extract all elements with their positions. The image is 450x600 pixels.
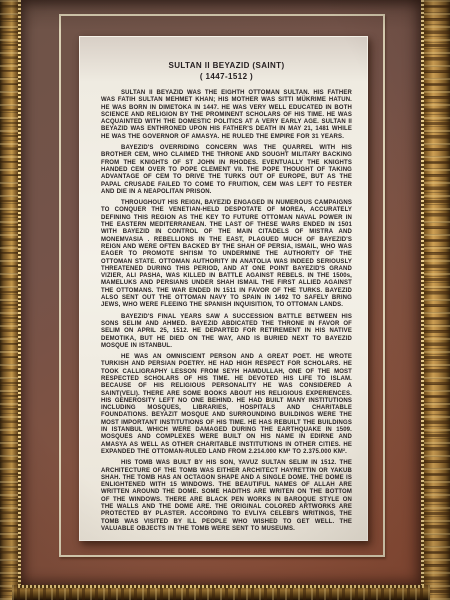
mat-board: SULTAN II BEYAZID (SAINT) ( 1447-1512 ) … bbox=[21, 0, 421, 585]
plaque-paragraph: SULTAN II BEYAZID WAS THE EIGHTH OTTOMAN… bbox=[101, 90, 352, 141]
plaque-paragraph: BAYEZID'S OVERRIDING CONCERN WAS THE QUA… bbox=[101, 145, 352, 196]
plaque-paragraph: THROUGHOUT HIS REIGN, BAYEZID ENGAGED IN… bbox=[101, 200, 352, 309]
plaque-paragraph: HE WAS AN OMNISCIENT PERSON AND A GREAT … bbox=[101, 354, 352, 456]
plaque-paper: SULTAN II BEYAZID (SAINT) ( 1447-1512 ) … bbox=[79, 36, 368, 541]
frame-bead-bottom bbox=[18, 585, 424, 588]
plaque-subtitle: ( 1447-1512 ) bbox=[101, 72, 352, 81]
plaque-paragraph: BAYEZID'S FINAL YEARS SAW A SUCCESSION B… bbox=[101, 314, 352, 350]
frame-bead-right bbox=[421, 0, 424, 587]
picture-frame-right bbox=[421, 0, 450, 600]
plaque-title: SULTAN II BEYAZID (SAINT) bbox=[101, 61, 352, 70]
framed-plaque-photo: SULTAN II BEYAZID (SAINT) ( 1447-1512 ) … bbox=[0, 0, 450, 600]
plaque-paragraph: HIS TOMB WAS BUILT BY HIS SON, YAVUZ SUL… bbox=[101, 460, 352, 533]
